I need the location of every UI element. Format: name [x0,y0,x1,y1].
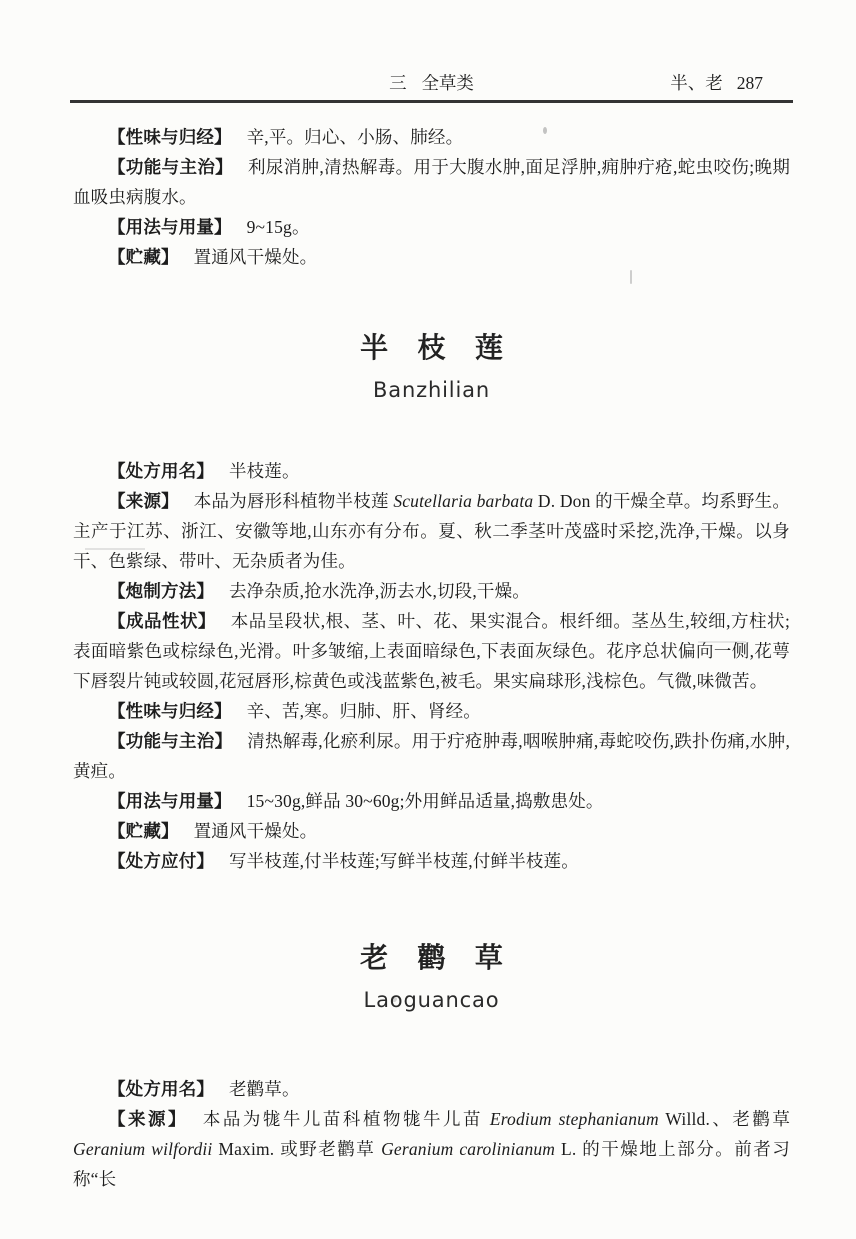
species-latin-name: Geranium wilfordii [73,1139,212,1159]
field-text: 9~15g。 [247,217,310,237]
running-head: 三全草类 半、老287 [73,70,790,98]
entry-body: 【处方用名】半枝莲。 【来源】本品为唇形科植物半枝莲 Scutellaria b… [73,456,790,876]
field-zhucang: 【贮藏】置通风干燥处。 [73,816,790,846]
field-text: Maxim. 或野老鹳草 [212,1139,381,1159]
entry-pinyin-banzhilian: Banzhilian [73,378,790,402]
field-xingwei-guijing: 【性味与归经】辛、苦,寒。归肺、肝、肾经。 [73,696,790,726]
entry-title-laoguancao: 老鹳草 [73,940,790,976]
field-text: 15~30g,鲜品 30~60g;外用鲜品适量,捣敷患处。 [247,791,604,811]
field-text: 写半枝莲,付半枝莲;写鲜半枝莲,付鲜半枝莲。 [229,851,579,871]
field-label: 【性味与归经】 [108,127,232,147]
page-number: 287 [737,73,763,93]
field-chufang-yongming: 【处方用名】老鹳草。 [73,1074,790,1104]
field-chengpin-xingzhuang: 【成品性状】本品呈段状,根、茎、叶、花、果实混合。根纤细。茎丛生,较细,方柱状;… [73,606,790,696]
field-gongneng-zhuzhi: 【功能与主治】利尿消肿,清热解毒。用于大腹水肿,面足浮肿,痈肿疔疮,蛇虫咬伤;晚… [73,152,790,212]
field-chufang-yongming: 【处方用名】半枝莲。 [73,456,790,486]
entry-pinyin-laoguancao: Laoguancao [73,988,790,1012]
field-label: 【处方用名】 [108,461,214,481]
field-label: 【来源】 [108,491,179,511]
field-text: 本品为牻牛儿苗科植物牻牛儿苗 [203,1109,490,1129]
field-laiyuan: 【来源】本品为牻牛儿苗科植物牻牛儿苗 Erodium stephanianum … [73,1104,790,1194]
field-text: 辛、苦,寒。归肺、肝、肾经。 [247,701,481,721]
section-number: 三 [389,73,407,93]
entry-banzhilian: 半枝莲 Banzhilian 【处方用名】半枝莲。 【来源】本品为唇形科植物半枝… [73,330,790,876]
field-text: 本品为唇形科植物半枝莲 [194,491,394,511]
entry-continued: 【性味与归经】辛,平。归心、小肠、肺经。 【功能与主治】利尿消肿,清热解毒。用于… [73,122,790,272]
section-heading: 三全草类 [389,70,474,96]
field-label: 【处方用名】 [108,1079,214,1099]
field-text: 置通风干燥处。 [194,821,318,841]
field-gongneng-zhuzhi: 【功能与主治】清热解毒,化瘀利尿。用于疔疮肿毒,咽喉肿痛,毒蛇咬伤,跌扑伤痛,水… [73,726,790,786]
field-paozhi-fangfa: 【炮制方法】去净杂质,抢水洗净,沥去水,切段,干燥。 [73,576,790,606]
field-text: 辛,平。归心、小肠、肺经。 [247,127,464,147]
field-label: 【性味与归经】 [108,701,232,721]
field-label: 【处方应付】 [108,851,214,871]
section-title: 全草类 [421,73,474,93]
field-label: 【用法与用量】 [108,791,232,811]
field-label: 【炮制方法】 [108,581,214,601]
entry-ref: 半、老 [670,73,723,93]
field-label: 【贮藏】 [108,247,179,267]
header-rule [70,100,793,103]
entry-laoguancao: 老鹳草 Laoguancao 【处方用名】老鹳草。 【来源】本品为牻牛儿苗科植物… [73,940,790,1194]
field-chufang-yingfu: 【处方应付】写半枝莲,付半枝莲;写鲜半枝莲,付鲜半枝莲。 [73,846,790,876]
field-text: 老鹳草。 [229,1079,300,1099]
entry-body: 【处方用名】老鹳草。 【来源】本品为牻牛儿苗科植物牻牛儿苗 Erodium st… [73,1074,790,1194]
field-label: 【用法与用量】 [108,217,232,237]
field-zhucang: 【贮藏】置通风干燥处。 [73,242,790,272]
field-yongfa-yongliang: 【用法与用量】9~15g。 [73,212,790,242]
field-laiyuan: 【来源】本品为唇形科植物半枝莲 Scutellaria barbata D. D… [73,486,790,576]
species-latin-name: Scutellaria barbata [393,491,533,511]
field-text: 置通风干燥处。 [194,247,318,267]
field-label: 【贮藏】 [108,821,179,841]
field-text: Willd.、老鹳草 [659,1109,790,1129]
field-text: 半枝莲。 [229,461,300,481]
page-reference: 半、老287 [670,70,763,96]
field-label: 【成品性状】 [108,611,216,631]
book-page: 三全草类 半、老287 【性味与归经】辛,平。归心、小肠、肺经。 【功能与主治】… [0,0,856,1239]
species-latin-name: Geranium carolinianum [381,1139,555,1159]
field-label: 【来源】 [108,1109,188,1129]
entry-title-banzhilian: 半枝莲 [73,330,790,366]
field-label: 【功能与主治】 [108,731,232,751]
field-xingwei-guijing: 【性味与归经】辛,平。归心、小肠、肺经。 [73,122,790,152]
field-text: 去净杂质,抢水洗净,沥去水,切段,干燥。 [229,581,530,601]
field-yongfa-yongliang: 【用法与用量】15~30g,鲜品 30~60g;外用鲜品适量,捣敷患处。 [73,786,790,816]
species-latin-name: Erodium stephanianum [490,1109,659,1129]
page-body: 【性味与归经】辛,平。归心、小肠、肺经。 【功能与主治】利尿消肿,清热解毒。用于… [73,122,790,1194]
field-label: 【功能与主治】 [108,157,233,177]
